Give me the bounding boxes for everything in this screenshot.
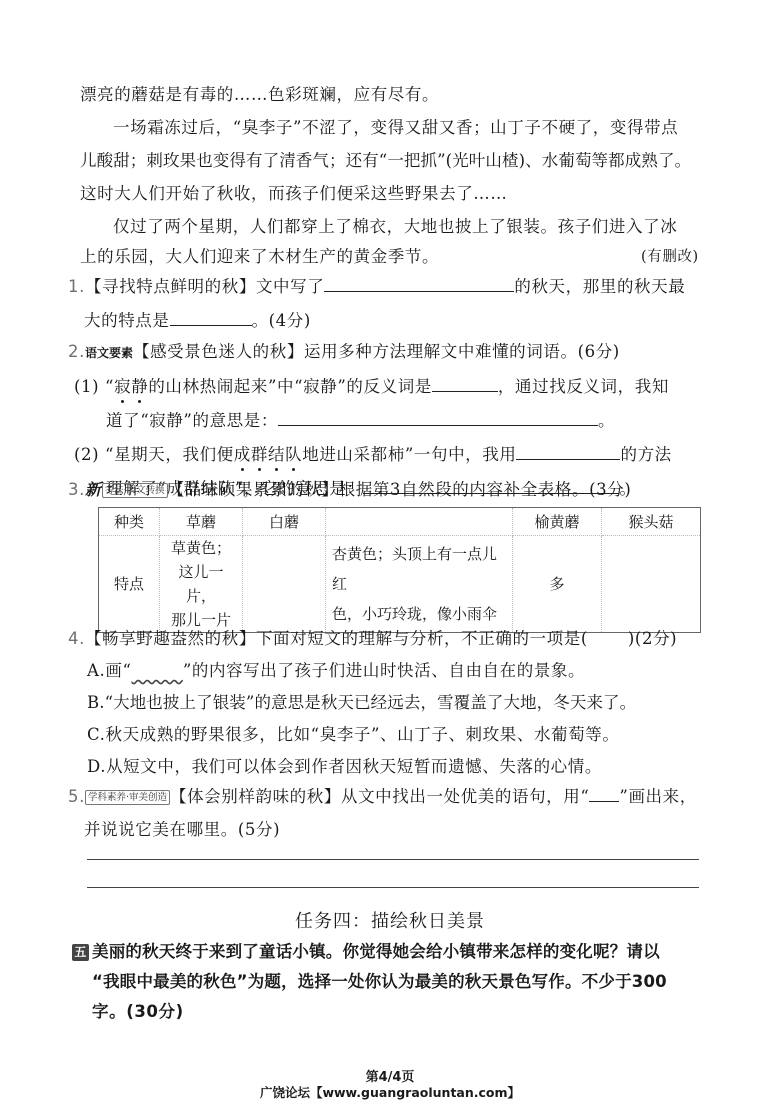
essay-prompt-line-2: “我眼中最美的秋色”为题，选择一处你认为最美的秋天景色写作。不少于300 — [92, 971, 667, 993]
question-text: 的方法 — [620, 445, 671, 464]
question-theme: 【畅享野趣盎然的秋】 — [85, 629, 256, 648]
question-text: “星期天，我们便 — [105, 445, 234, 464]
table-cell: 杏黄色；头顶上有一点儿红 色，小巧玲珑，像小雨伞 — [326, 536, 513, 633]
question-text: 大的特点是 — [84, 311, 170, 330]
passage-line-1: 漂亮的蘑菇是有毒的……色彩斑斓，应有尽有。 — [80, 84, 439, 106]
table-header-cell: 草蘑 — [160, 508, 243, 536]
passage-line-4: 这时大人们开始了秋收，而孩子们便采这些野果去了…… — [80, 183, 508, 205]
question-text: 道了“寂静”的意思是： — [106, 411, 278, 430]
question-theme: 【寻找特点鲜明的秋】 — [85, 277, 256, 296]
question-text: 文中写了 — [256, 277, 324, 296]
question-tag: 语文要素 — [85, 346, 133, 360]
question-tag: 学科素养·审美创造 — [85, 790, 170, 805]
passage-line-5: 仅过了两个星期，人们都穿上了棉衣，大地也披上了银装。孩子们进入了冰 — [113, 216, 677, 238]
question-points: )(2分) — [628, 629, 677, 648]
option-b[interactable]: B.“大地也披上了银装”的意思是秋天已经远去，雪覆盖了大地，冬天来了。 — [87, 692, 636, 714]
table-cell: 多 — [513, 536, 602, 633]
question-number: 5. — [68, 787, 85, 806]
exam-page: 漂亮的蘑菇是有毒的……色彩斑斓，应有尽有。 一场霜冻过后，“臭李子”不涩了，变得… — [0, 0, 780, 1103]
sub-label: (2) — [74, 445, 99, 464]
question-2-sub-1-line-2: 道了“寂静”的意思是：。 — [106, 409, 615, 432]
table-header-cell: 榆黄蘑 — [513, 508, 602, 536]
passage-line-6: 上的乐园，大人们迎来了木材生产的黄金季节。 — [80, 246, 439, 268]
answer-blank-2-2a[interactable] — [516, 443, 620, 460]
table-row: 特点 草黄色； 这儿一片， 那儿一片 杏黄色；头顶上有一点儿红 色，小巧玲珑，像… — [99, 536, 701, 633]
question-text: 的秋天，那里的秋天最 — [514, 277, 685, 296]
question-theme: 【感受景色迷人的秋】 — [133, 342, 304, 361]
option-text: A.画“ — [87, 661, 132, 680]
option-c[interactable]: C.秋天成熟的野果很多，比如“臭李子”、山丁子、刺玫果、水葡萄等。 — [87, 724, 619, 746]
emphasis-char: 结 — [268, 444, 285, 466]
question-text: 地进山采都柿”一句中，我用 — [302, 445, 516, 464]
emphasis-char: 成 — [234, 444, 251, 466]
option-a[interactable]: A.画“＿＿＿”的内容写出了孩子们进山时快活、自由自在的景象。 — [87, 660, 585, 682]
table-header-row: 种类 草蘑 白蘑 榆黄蘑 猴头菇 — [99, 508, 701, 536]
answer-blank-2-1b[interactable] — [278, 409, 598, 426]
answer-blank-1b[interactable] — [170, 309, 252, 326]
prompt-text: 美丽的秋天终于来到了童话小镇。你觉得她会给小镇带来怎样的变化呢？请以 — [92, 942, 660, 961]
question-text: 下面对短文的理解与分析，不正确的一项是( — [256, 629, 588, 648]
period: 。 — [598, 411, 615, 430]
emphasis-char: 群 — [251, 444, 268, 466]
emphasis-char: 队 — [285, 444, 302, 466]
table-row-label: 特点 — [99, 536, 160, 633]
passage-line-2: 一场霜冻过后，“臭李子”不涩了，变得又甜又香；山丁子不硬了，变得带点 — [113, 117, 678, 139]
question-1: 1.【寻找特点鲜明的秋】文中写了的秋天，那里的秋天最 — [68, 275, 685, 298]
option-text: ”的内容写出了孩子们进山时快活、自由自在的景象。 — [183, 661, 585, 680]
table-cell-blank[interactable] — [602, 536, 701, 633]
five-badge-icon: 五 — [72, 944, 89, 961]
question-5: 5.学科素养·审美创造【体会别样韵味的秋】从文中找出一处优美的语句，用“”画出来… — [68, 786, 697, 808]
question-theme: 【体会别样韵味的秋】 — [170, 787, 341, 806]
question-text: 从文中找出一处优美的语句，用“ — [341, 787, 589, 806]
cell-line: 这儿一片， — [164, 560, 238, 608]
question-points: 。(4分) — [252, 311, 311, 330]
essay-prompt-line-3: 字。(30分) — [92, 1001, 184, 1023]
question-number: 2. — [68, 342, 85, 361]
wavy-mark: ＿＿＿ — [132, 661, 183, 680]
question-4: 4.【畅享野趣盎然的秋】下面对短文的理解与分析，不正确的一项是()(2分) — [68, 628, 677, 650]
underline-mark — [589, 787, 619, 802]
question-text: ”画出来， — [619, 787, 696, 806]
question-tag: 考法·表文转换 — [102, 483, 168, 498]
question-text: 的山林热闹起来”中“寂静”的反义词是 — [148, 377, 432, 396]
question-2: 2.语文要素【感受景色迷人的秋】运用多种方法理解文中难懂的词语。(6分) — [68, 341, 620, 364]
table-cell-blank[interactable] — [243, 536, 326, 633]
emphasis-char: 寂 — [114, 376, 131, 398]
answer-blank-1a[interactable] — [324, 275, 514, 292]
question-text: 运用多种方法理解文中难懂的词语。(6分) — [304, 342, 620, 361]
essay-prompt-line-1: 五美丽的秋天终于来到了童话小镇。你觉得她会给小镇带来怎样的变化呢？请以 — [72, 941, 660, 963]
table-header-cell: 种类 — [99, 508, 160, 536]
cell-line: 杏黄色；头顶上有一点儿红 — [332, 539, 508, 599]
section-title: 任务四：描绘秋日美景 — [0, 907, 780, 933]
option-d[interactable]: D.从短文中，我们可以体会到作者因秋天短暂而遗憾、失落的心情。 — [87, 756, 602, 778]
source-note: (有删改) — [641, 246, 699, 268]
question-theme: 【品味硕果累累的秋】 — [168, 480, 339, 499]
question-text: 根据第3自然段的内容补全表格。(3分) — [339, 480, 632, 499]
sub-label: (1) — [74, 377, 99, 396]
question-number: 3. — [68, 480, 85, 499]
answer-line-2[interactable] — [87, 887, 699, 888]
table-header-cell: 猴头菇 — [602, 508, 701, 536]
answer-blank-2-1a[interactable] — [432, 375, 498, 392]
emphasis-char: 静 — [131, 376, 148, 398]
table-header-cell: 白蘑 — [243, 508, 326, 536]
new-mark: 新 — [85, 480, 102, 499]
question-2-sub-2: (2) “星期天，我们便成群结队地进山采都柿”一句中，我用的方法 — [74, 443, 672, 466]
question-number: 4. — [68, 629, 85, 648]
cell-line: 草黄色； — [164, 536, 238, 560]
fill-in-table: 种类 草蘑 白蘑 榆黄蘑 猴头菇 特点 草黄色； 这儿一片， 那儿一片 杏黄色；… — [98, 507, 701, 633]
quote-mark: “ — [105, 377, 114, 396]
answer-line-1[interactable] — [87, 859, 699, 860]
question-text: ，通过找反义词，我知 — [498, 377, 669, 396]
footer-site[interactable]: 广饶论坛【www.guangraoluntan.com】 — [0, 1083, 780, 1101]
question-number: 1. — [68, 277, 85, 296]
question-2-sub-1: (1) “寂静的山林热闹起来”中“寂静”的反义词是，通过找反义词，我知 — [74, 375, 669, 398]
question-5-line-2: 并说说它美在哪里。(5分) — [84, 819, 280, 841]
table-cell: 草黄色； 这儿一片， 那儿一片 — [160, 536, 243, 633]
table-header-cell-blank[interactable] — [326, 508, 513, 536]
cell-line: 色，小巧玲珑，像小雨伞 — [332, 599, 508, 629]
question-3: 3.新考法·表文转换【品味硕果累累的秋】根据第3自然段的内容补全表格。(3分) — [68, 479, 631, 501]
passage-line-3: 儿酸甜；刺玫果也变得有了清香气；还有“一把抓”(光叶山楂)、水葡萄等都成熟了。 — [80, 150, 691, 172]
question-1-line-2: 大的特点是。(4分) — [84, 309, 311, 332]
